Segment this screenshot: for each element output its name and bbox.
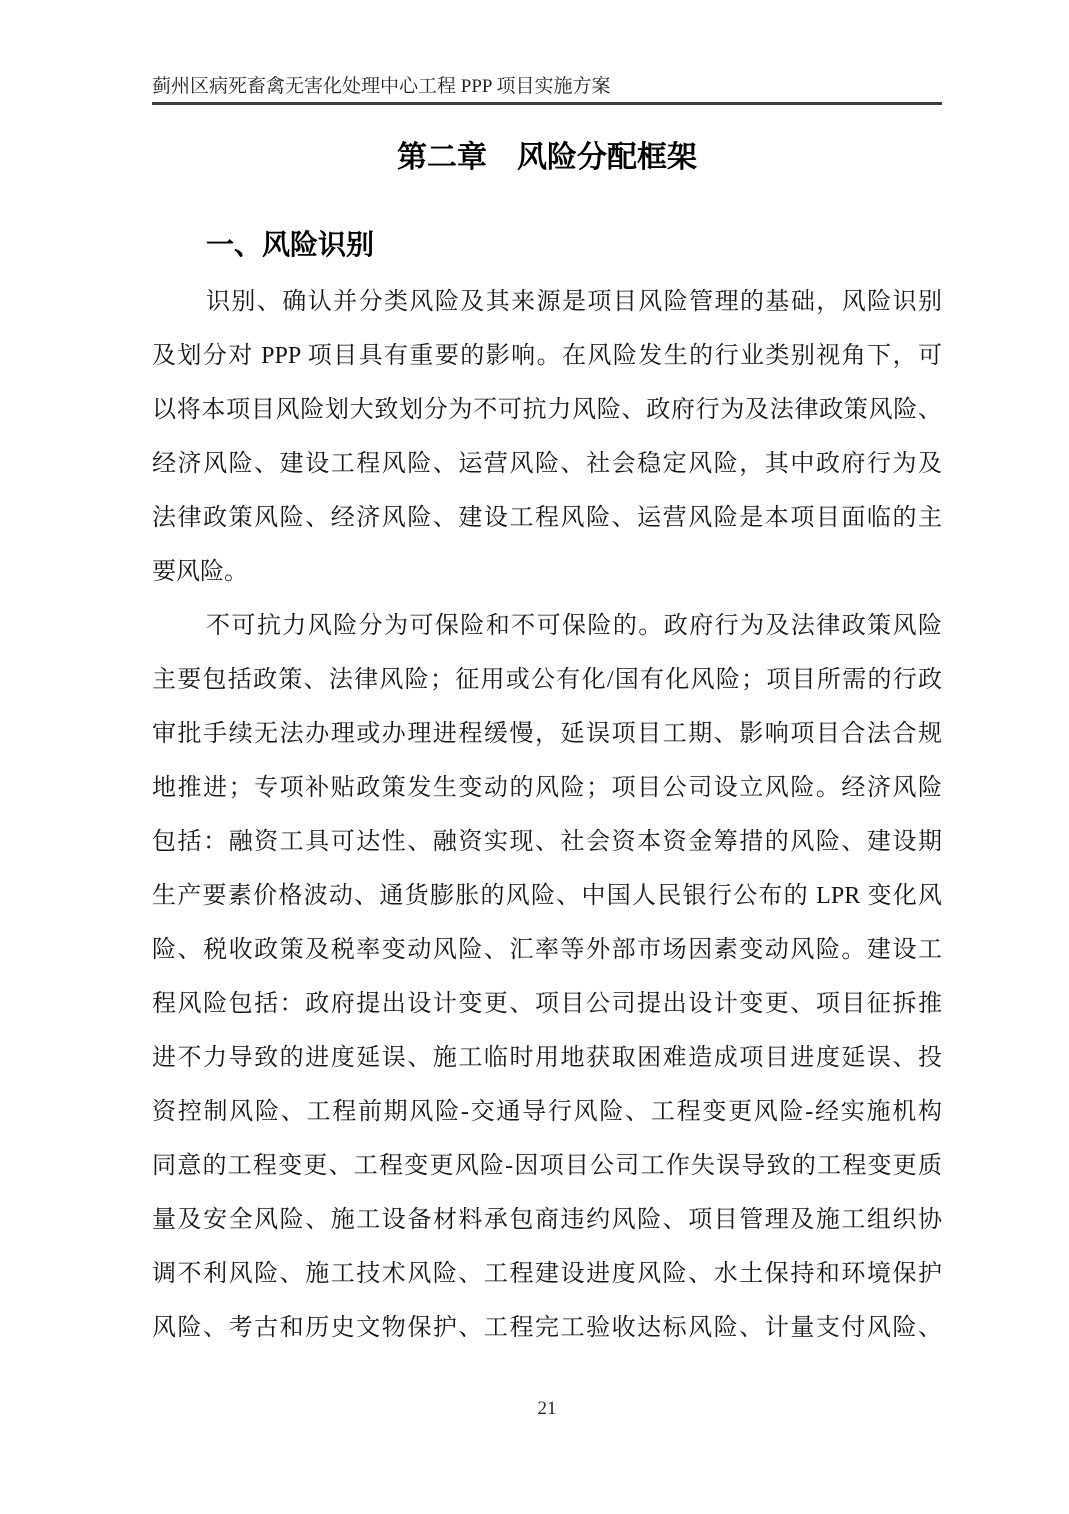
text-line: 资控制风险、工程前期风险-交通导行风险、工程变更风险-经实施机构 <box>152 1085 942 1139</box>
text-line: 程风险包括：政府提出设计变更、项目公司提出设计变更、项目征拆推 <box>152 977 942 1031</box>
text-line: 以将本项目风险划大致划分为不可抗力风险、政府行为及法律政策风险、 <box>152 383 942 437</box>
chapter-title: 第二章 风险分配框架 <box>152 139 942 177</box>
page-number: 21 <box>152 1397 942 1421</box>
text-line: 不可抗力风险分为可保险和不可保险的。政府行为及法律政策风险 <box>152 599 942 653</box>
section-heading: 一、风险识别 <box>152 227 996 263</box>
text-line: 量及安全风险、施工设备材料承包商违约风险、项目管理及施工组织协 <box>152 1193 942 1247</box>
text-line: 进不力导致的进度延误、施工临时用地获取困难造成项目进度延误、投 <box>152 1031 942 1085</box>
text-line: 识别、确认并分类风险及其来源是项目风险管理的基础，风险识别 <box>152 275 942 329</box>
text-line: 经济风险、建设工程风险、运营风险、社会稳定风险，其中政府行为及 <box>152 437 942 491</box>
body-text: 识别、确认并分类风险及其来源是项目风险管理的基础，风险识别及划分对 PPP 项目… <box>152 275 942 1355</box>
text-line: 法律政策风险、经济风险、建设工程风险、运营风险是本项目面临的主 <box>152 491 942 545</box>
text-line: 风险、考古和历史文物保护、工程完工验收达标风险、计量支付风险、 <box>152 1301 942 1355</box>
text-line: 险、税收政策及税率变动风险、汇率等外部市场因素变动风险。建设工 <box>152 923 942 977</box>
text-line: 主要包括政策、法律风险；征用或公有化/国有化风险；项目所需的行政 <box>152 653 942 707</box>
text-line: 包括：融资工具可达性、融资实现、社会资本资金筹措的风险、建设期 <box>152 815 942 869</box>
text-line: 要风险。 <box>152 545 942 599</box>
header-rule <box>152 102 942 105</box>
text-line: 同意的工程变更、工程变更风险-因项目公司工作失误导致的工程变更质 <box>152 1139 942 1193</box>
text-line: 生产要素价格波动、通货膨胀的风险、中国人民银行公布的 LPR 变化风 <box>152 869 942 923</box>
text-line: 审批手续无法办理或办理进程缓慢，延误项目工期、影响项目合法合规 <box>152 707 942 761</box>
text-line: 地推进；专项补贴政策发生变动的风险；项目公司设立风险。经济风险 <box>152 761 942 815</box>
text-line: 及划分对 PPP 项目具有重要的影响。在风险发生的行业类别视角下，可 <box>152 329 942 383</box>
text-line: 调不利风险、施工技术风险、工程建设进度风险、水土保持和环境保护 <box>152 1247 942 1301</box>
header-title: 蓟州区病死畜禽无害化处理中心工程 PPP 项目实施方案 <box>152 74 942 100</box>
document-page: 蓟州区病死畜禽无害化处理中心工程 PPP 项目实施方案 第二章 风险分配框架 一… <box>0 0 1069 1514</box>
